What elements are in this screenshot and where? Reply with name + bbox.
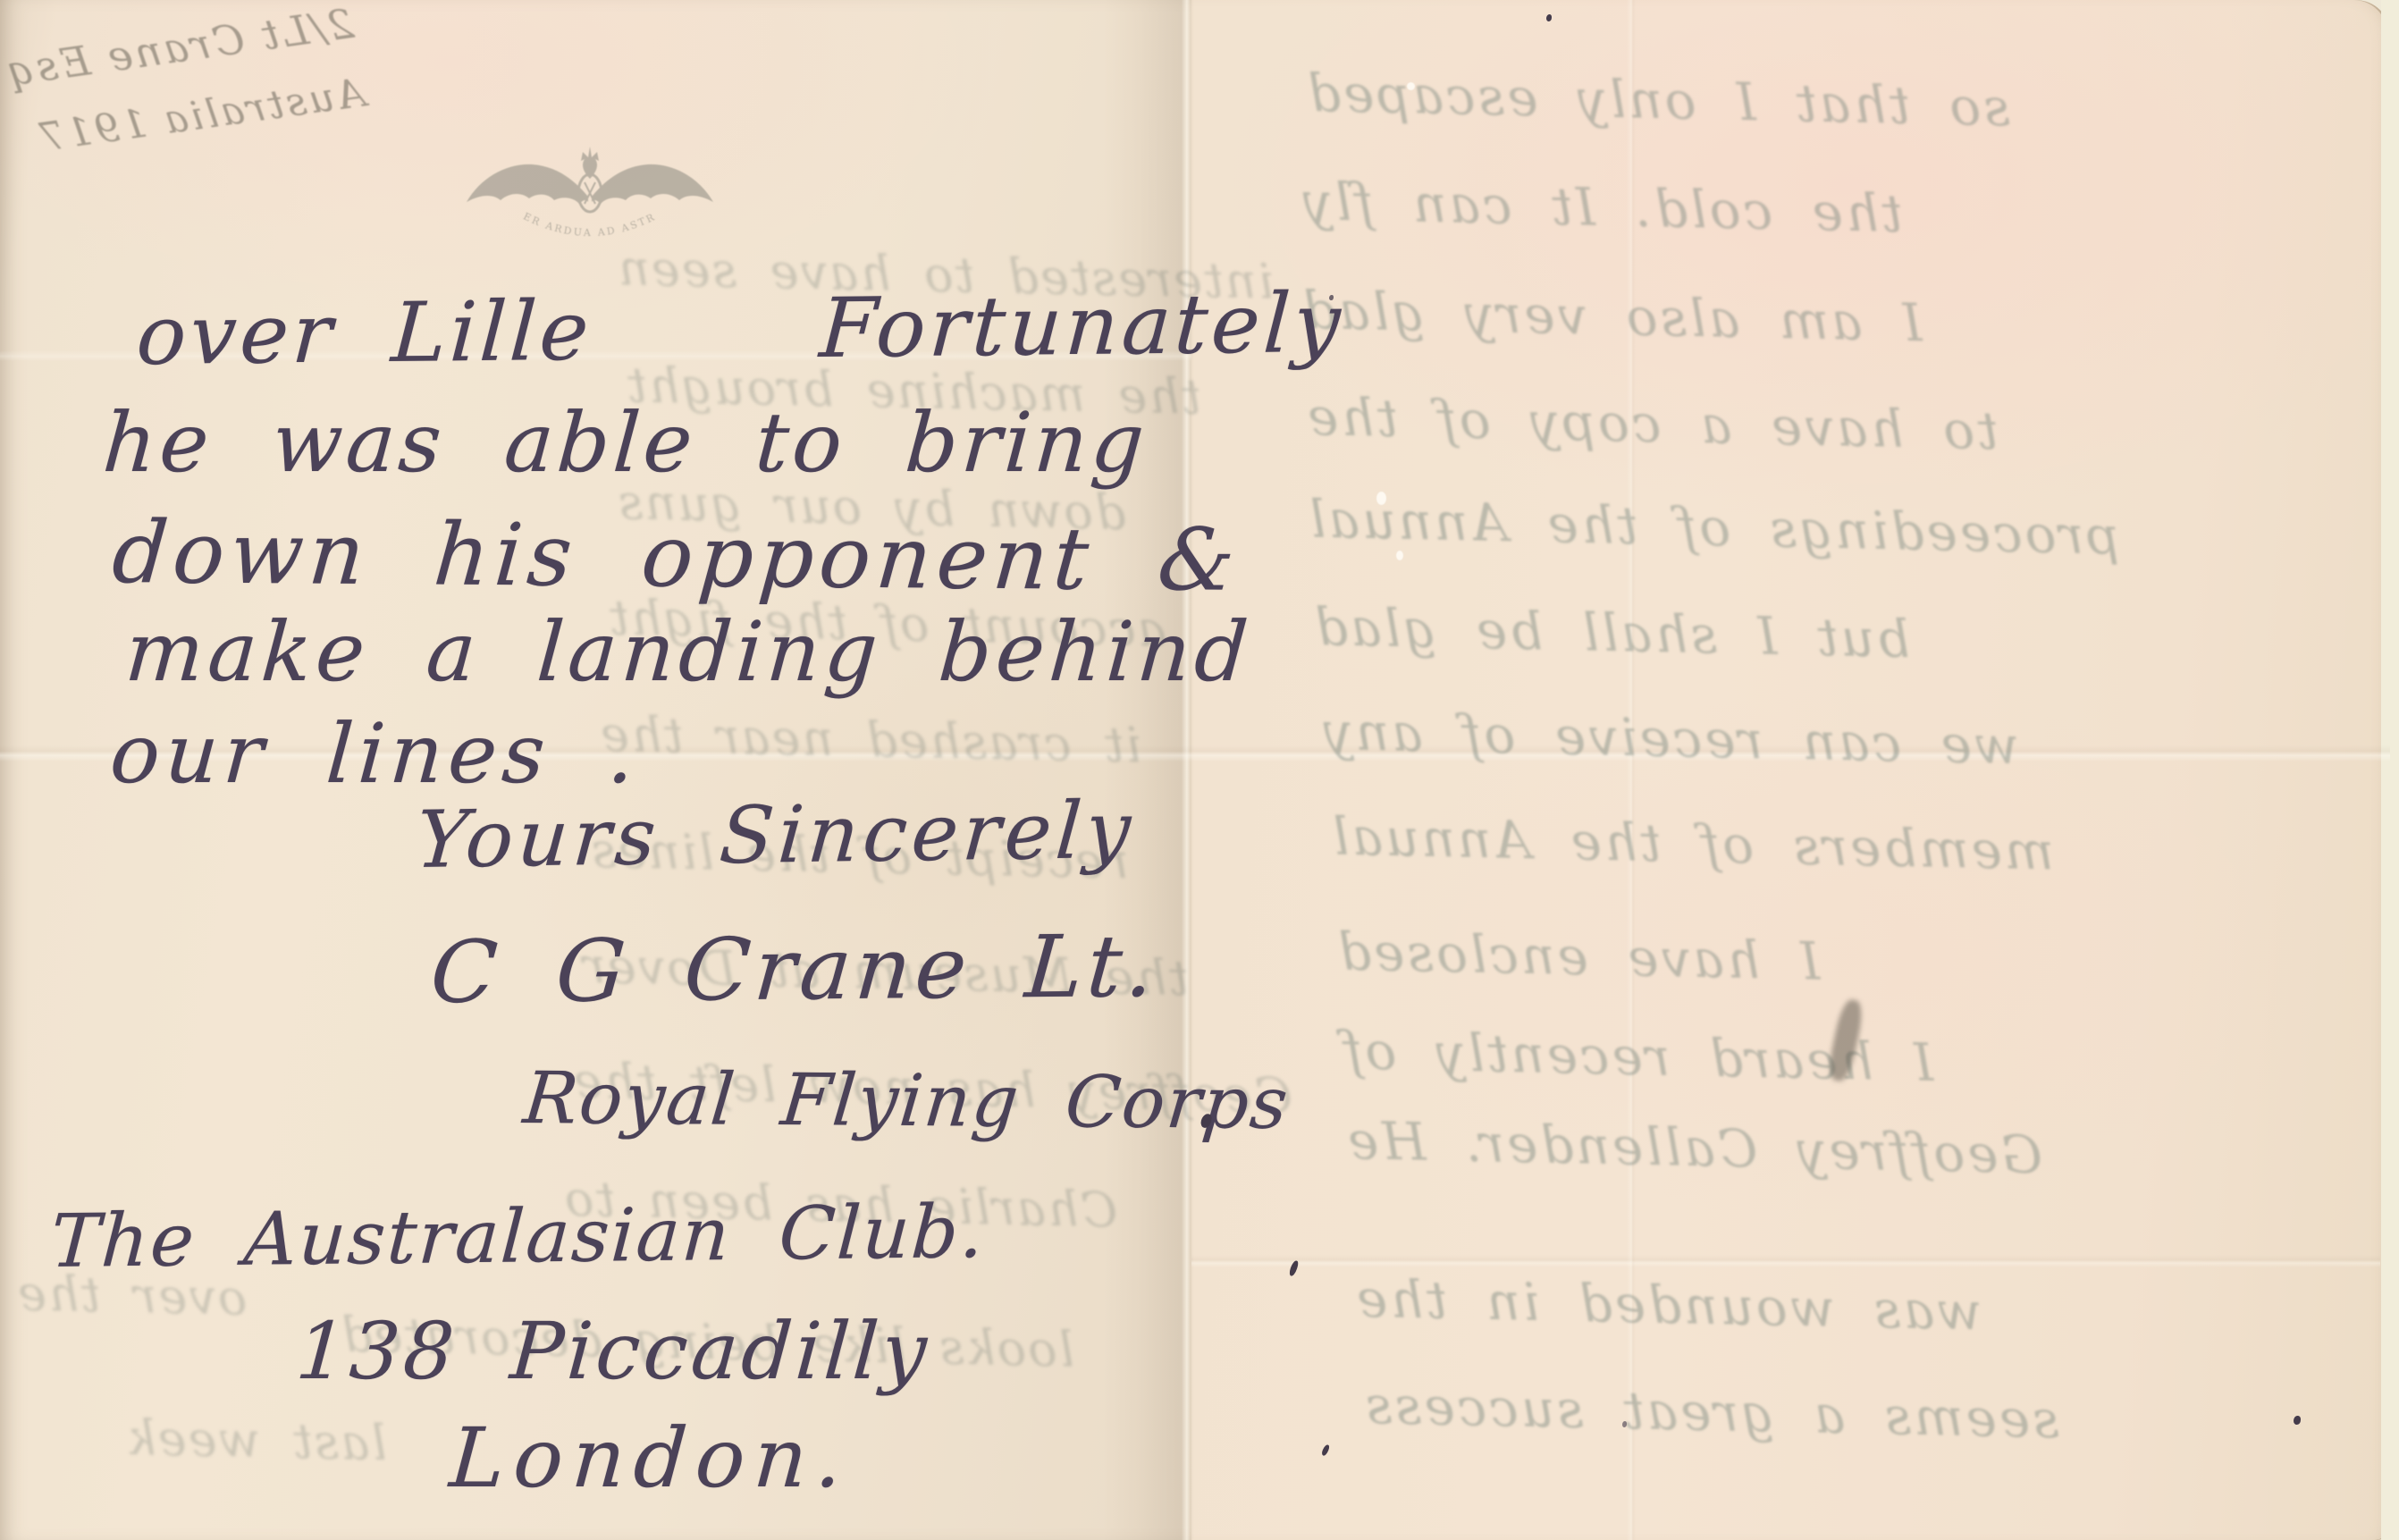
address-line: London.	[447, 1410, 854, 1506]
signature-line: C G Crane Lt.	[427, 916, 1162, 1022]
letter-line: our lines .	[107, 706, 644, 802]
showthrough-line: it crashed near the	[598, 706, 1141, 774]
address-line: The Australasian Club.	[48, 1190, 988, 1284]
letter-scan: PER ARDUA AD ASTRA 2/Lt Crane Esq Austra…	[0, 0, 2399, 1540]
showthrough-line: I am also very glad	[1300, 280, 1923, 354]
letter-line: down his opponent &	[109, 502, 1244, 610]
address-line: 138 Piccadilly	[293, 1305, 933, 1397]
letter-line-text: over Lille	[134, 283, 595, 383]
showthrough-line: last week	[124, 1410, 387, 1471]
showthrough-line: but I shall be glad	[1311, 596, 1910, 669]
showthrough-line: I have enclosed	[1334, 921, 1821, 991]
signature-unit-line: Royal Flying Corps	[520, 1056, 1292, 1145]
letter-line: he was able to bring	[100, 395, 1150, 491]
letter-line-text: Fortunately	[817, 275, 1346, 376]
showthrough-line: the cold. It can fly	[1300, 171, 1903, 244]
backdrop-strip	[2381, 0, 2399, 1540]
rfc-wings-emblem: PER ARDUA AD ASTRA	[456, 125, 724, 259]
letter-line: over LilleFortunately	[134, 275, 1346, 383]
letter-line: make a landing behind	[122, 604, 1255, 700]
paper-fleck	[1396, 551, 1403, 560]
closing-line: Yours Sincerely	[413, 784, 1138, 886]
paper-fleck	[1407, 82, 1415, 90]
paper-fleck	[1376, 492, 1386, 505]
